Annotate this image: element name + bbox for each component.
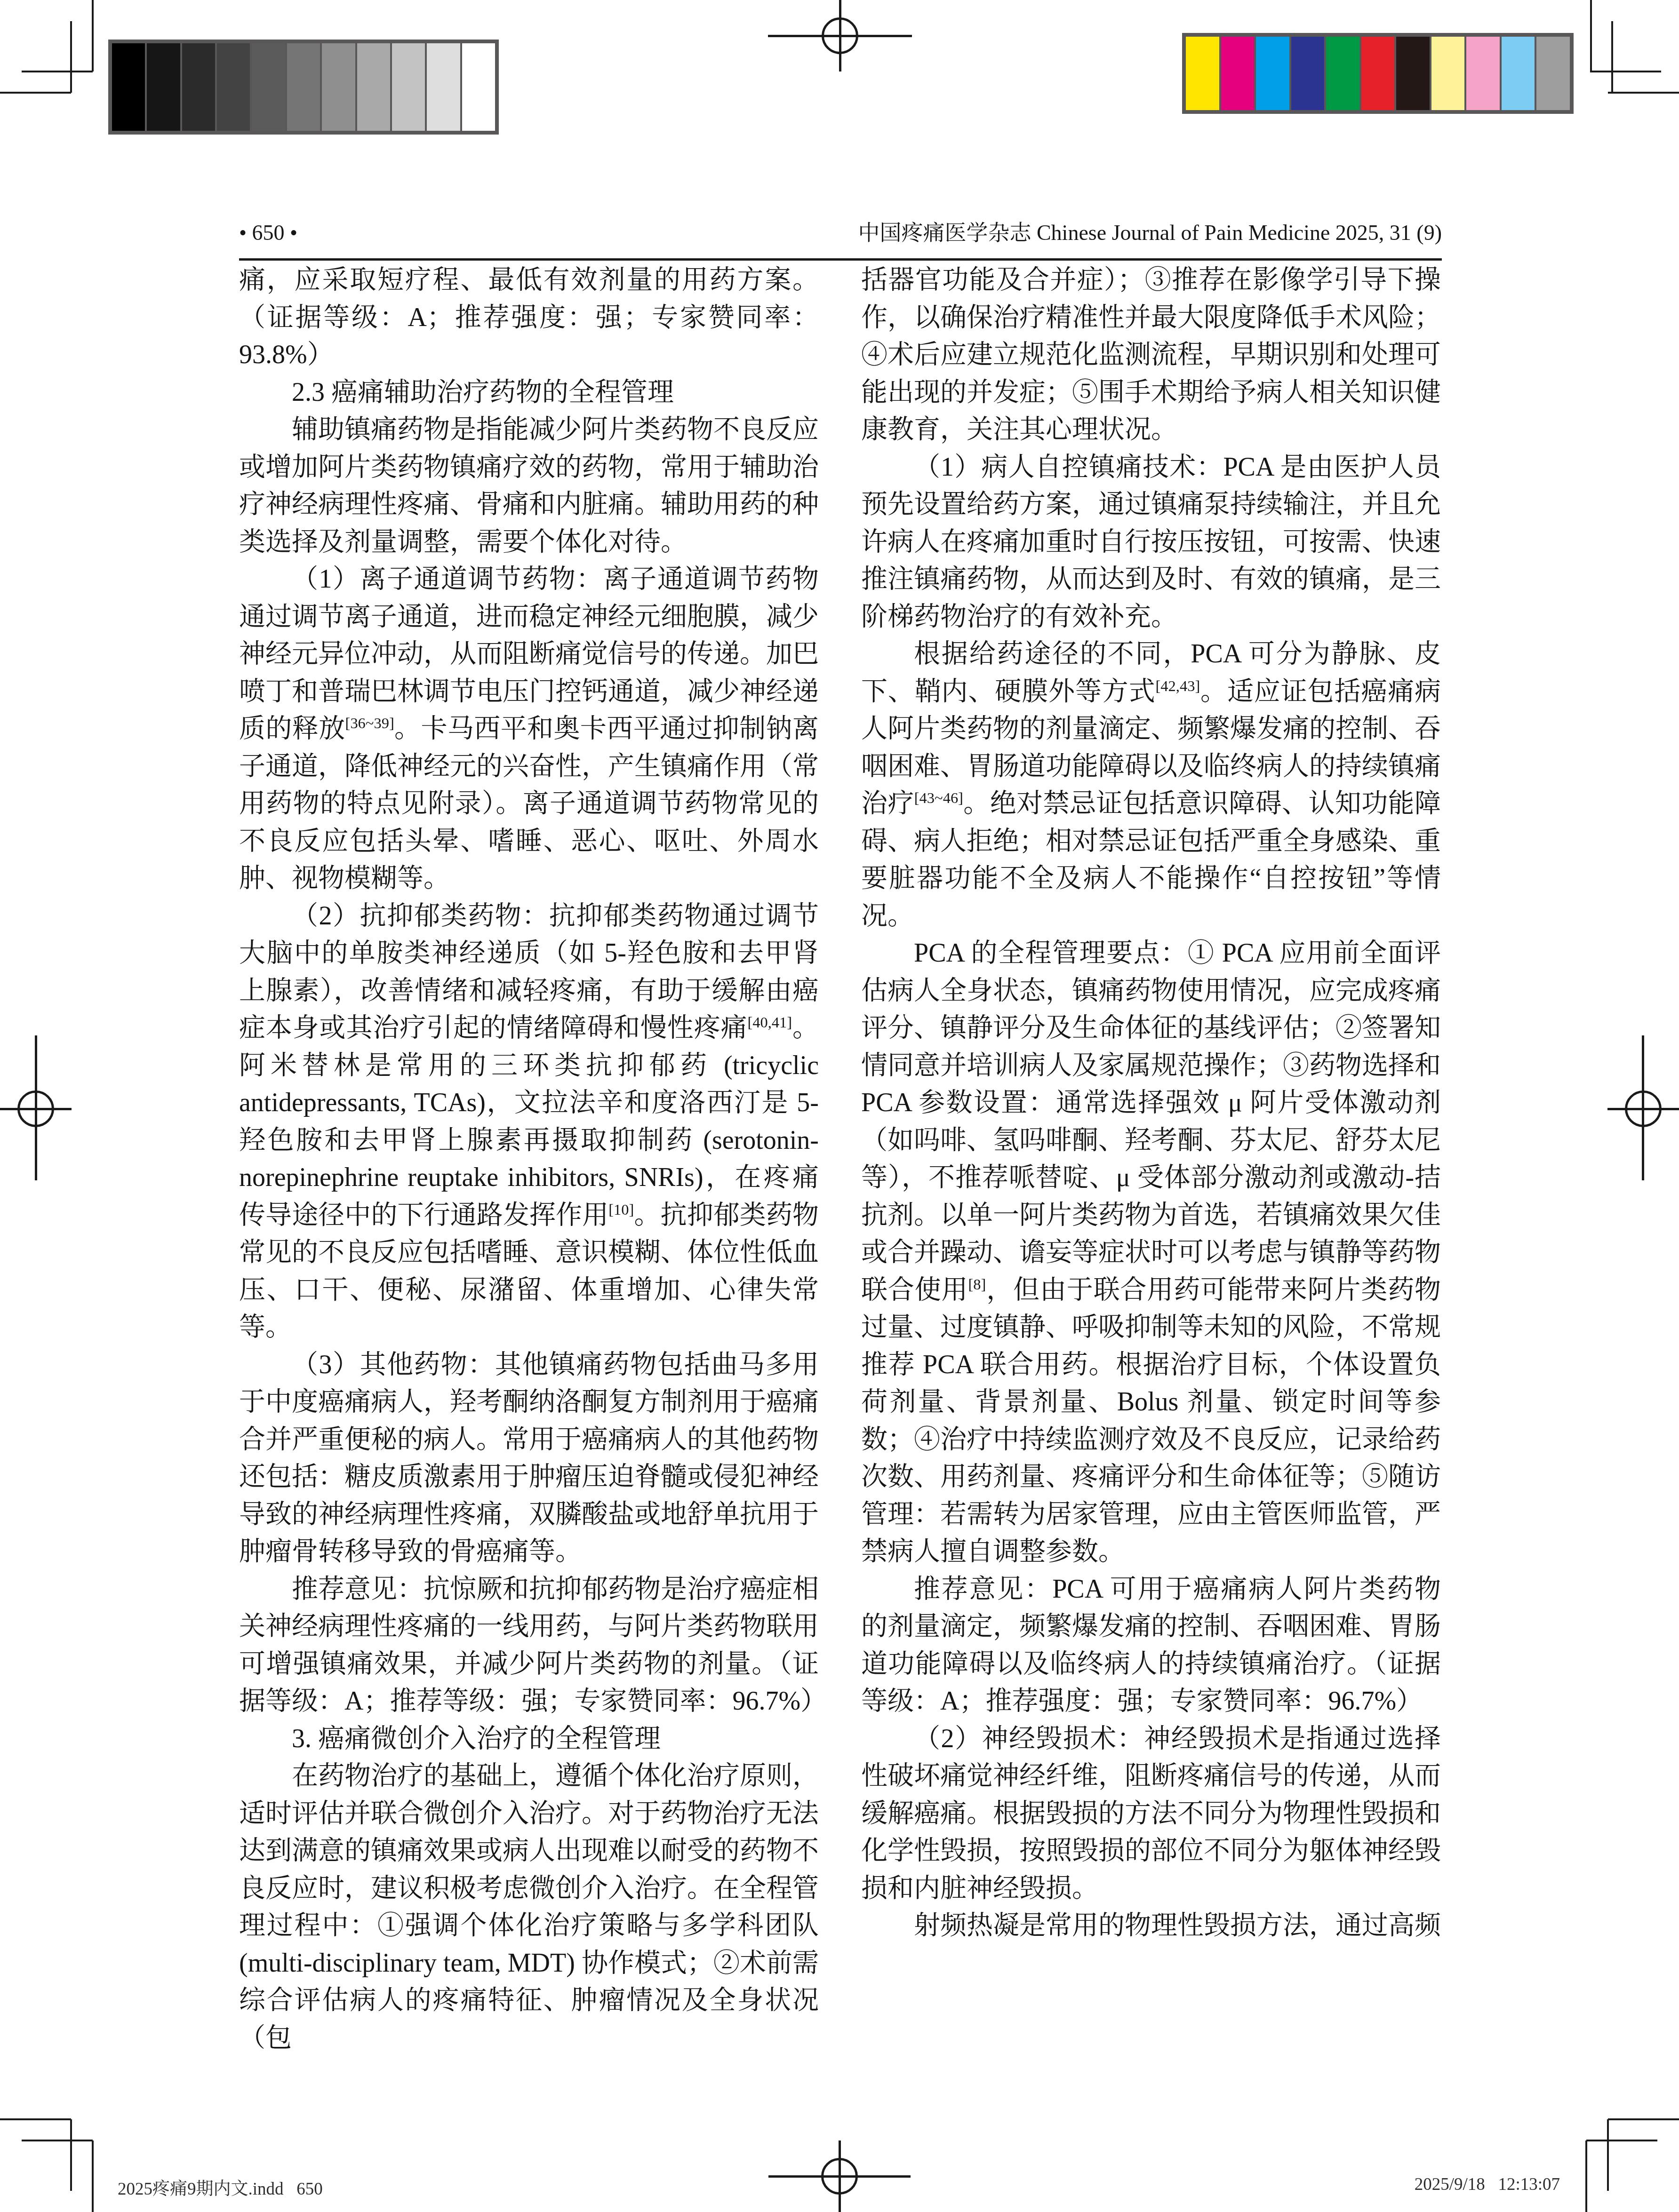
paragraph: （2）抗抑郁类药物：抗抑郁类药物通过调节大脑中的单胺类神经递质（如 5-羟色胺和… [239,898,819,1346]
crop-mark [1590,0,1592,72]
paragraph: 推荐意见：PCA 可用于癌痛病人阿片类药物的剂量滴定，频繁爆发痛的控制、吞咽困难… [861,1571,1441,1720]
footer-file-label: 2025疼痛9期内文.indd 650 [118,2174,323,2200]
crop-mark [92,0,94,72]
paragraph: 推荐意见：抗惊厥和抗抑郁药物是治疗癌症相关神经病理性疼痛的一线用药，与阿片类药物… [239,1571,819,1720]
color-swatch [1536,37,1570,110]
crop-mark [92,2140,94,2212]
crop-mark [22,2140,93,2141]
color-swatch [112,43,145,131]
paragraph: （2）神经毁损术：神经毁损术是指通过选择性破坏痛觉神经纤维，阻断疼痛信号的传递，… [861,1720,1441,1908]
footer-timestamp: 2025/9/18 12:13:07 [1415,2174,1560,2195]
reference-superscript: [36~39] [345,715,394,732]
color-swatch [427,43,460,131]
paragraph: PCA 的全程管理要点：① PCA 应用前全面评估病人全身状态，镇痛药物使用情况… [861,935,1441,1571]
crop-mark [0,92,71,94]
page-number: • 650 • [239,220,297,245]
crop-mark [1585,2140,1587,2212]
paragraph: 辅助镇痛药物是指能减少阿片类药物不良反应或增加阿片类药物镇痛疗效的药物，常用于辅… [239,411,819,561]
color-swatch [1326,37,1359,110]
crop-mark [1611,21,1613,93]
color-swatch [1256,37,1289,110]
crop-mark [22,71,93,72]
color-swatch [147,43,180,131]
crop-mark [1590,71,1661,72]
header-rule [239,258,1442,261]
paragraph: 在药物治疗的基础上，遵循个体化治疗原则，适时评估并联合微创介入治疗。对于药物治疗… [239,1758,819,2057]
paragraph: 痛，应采取短疗程、最低有效剂量的用药方案。（证据等级：A；推荐强度：强；专家赞同… [239,262,819,374]
color-swatch [392,43,425,131]
color-swatch [1466,37,1500,110]
reference-superscript: [40,41] [747,1014,792,1031]
registration-mark [821,2158,858,2195]
paragraph: （1）病人自控镇痛技术：PCA 是由医护人员预先设置给药方案，通过镇痛泵持续输注… [861,449,1441,636]
paragraph: （3）其他药物：其他镇痛药物包括曲马多用于中度癌痛病人，羟考酮纳洛酮复方制剂用于… [239,1346,819,1571]
paragraph: 射频热凝是常用的物理性毁损方法，通过高频 [861,1907,1441,1945]
color-swatch [1502,37,1535,110]
color-swatch [322,43,355,131]
reference-superscript: [10] [608,1201,634,1218]
color-swatch [217,43,250,131]
crop-mark [1607,2119,1609,2191]
color-swatch [1361,37,1395,110]
article-column-right: 括器官功能及合并症）；③推荐在影像学引导下操作，以确保治疗精准性并最大限度降低手… [861,262,1441,1945]
article-column-left: 痛，应采取短疗程、最低有效剂量的用药方案。（证据等级：A；推荐强度：强；专家赞同… [239,262,819,2057]
paragraph: （1）离子通道调节药物：离子通道调节药物通过调节离子通道，进而稳定神经元细胞膜，… [239,561,819,898]
paragraph: 根据给药途径的不同，PCA 可分为静脉、皮下、鞘内、硬膜外等方式[42,43]。… [861,636,1441,935]
color-swatch [252,43,285,131]
crop-mark [0,2118,71,2120]
reference-superscript: [43~46] [914,790,963,807]
color-swatch [357,43,390,131]
color-swatch [462,43,495,131]
journal-title: 中国疼痛医学杂志 Chinese Journal of Pain Medicin… [858,215,1442,247]
crop-mark [1608,92,1679,94]
grayscale-calibration-bar [108,40,499,135]
color-swatch [1431,37,1465,110]
registration-mark [17,1090,54,1127]
reference-superscript: [42,43] [1156,677,1200,694]
registration-mark [822,17,858,54]
page-header: • 650 • 中国疼痛医学杂志 Chinese Journal of Pain… [239,215,1442,247]
color-calibration-bar [1182,33,1574,114]
color-swatch [287,43,320,131]
crop-mark [1586,2140,1657,2141]
crop-mark [70,21,72,93]
registration-mark [1625,1090,1662,1127]
paragraph: 2.3 癌痛辅助治疗药物的全程管理 [239,374,819,412]
color-swatch [182,43,215,131]
paragraph: 括器官功能及合并症）；③推荐在影像学引导下操作，以确保治疗精准性并最大限度降低手… [861,262,1441,449]
paragraph: 3. 癌痛微创介入治疗的全程管理 [239,1720,819,1758]
color-swatch [1221,37,1255,110]
color-swatch [1291,37,1325,110]
reference-superscript: [8] [968,1276,986,1293]
crop-mark [1608,2118,1679,2120]
color-swatch [1396,37,1430,110]
color-swatch [1186,37,1219,110]
crop-mark [70,2119,72,2191]
